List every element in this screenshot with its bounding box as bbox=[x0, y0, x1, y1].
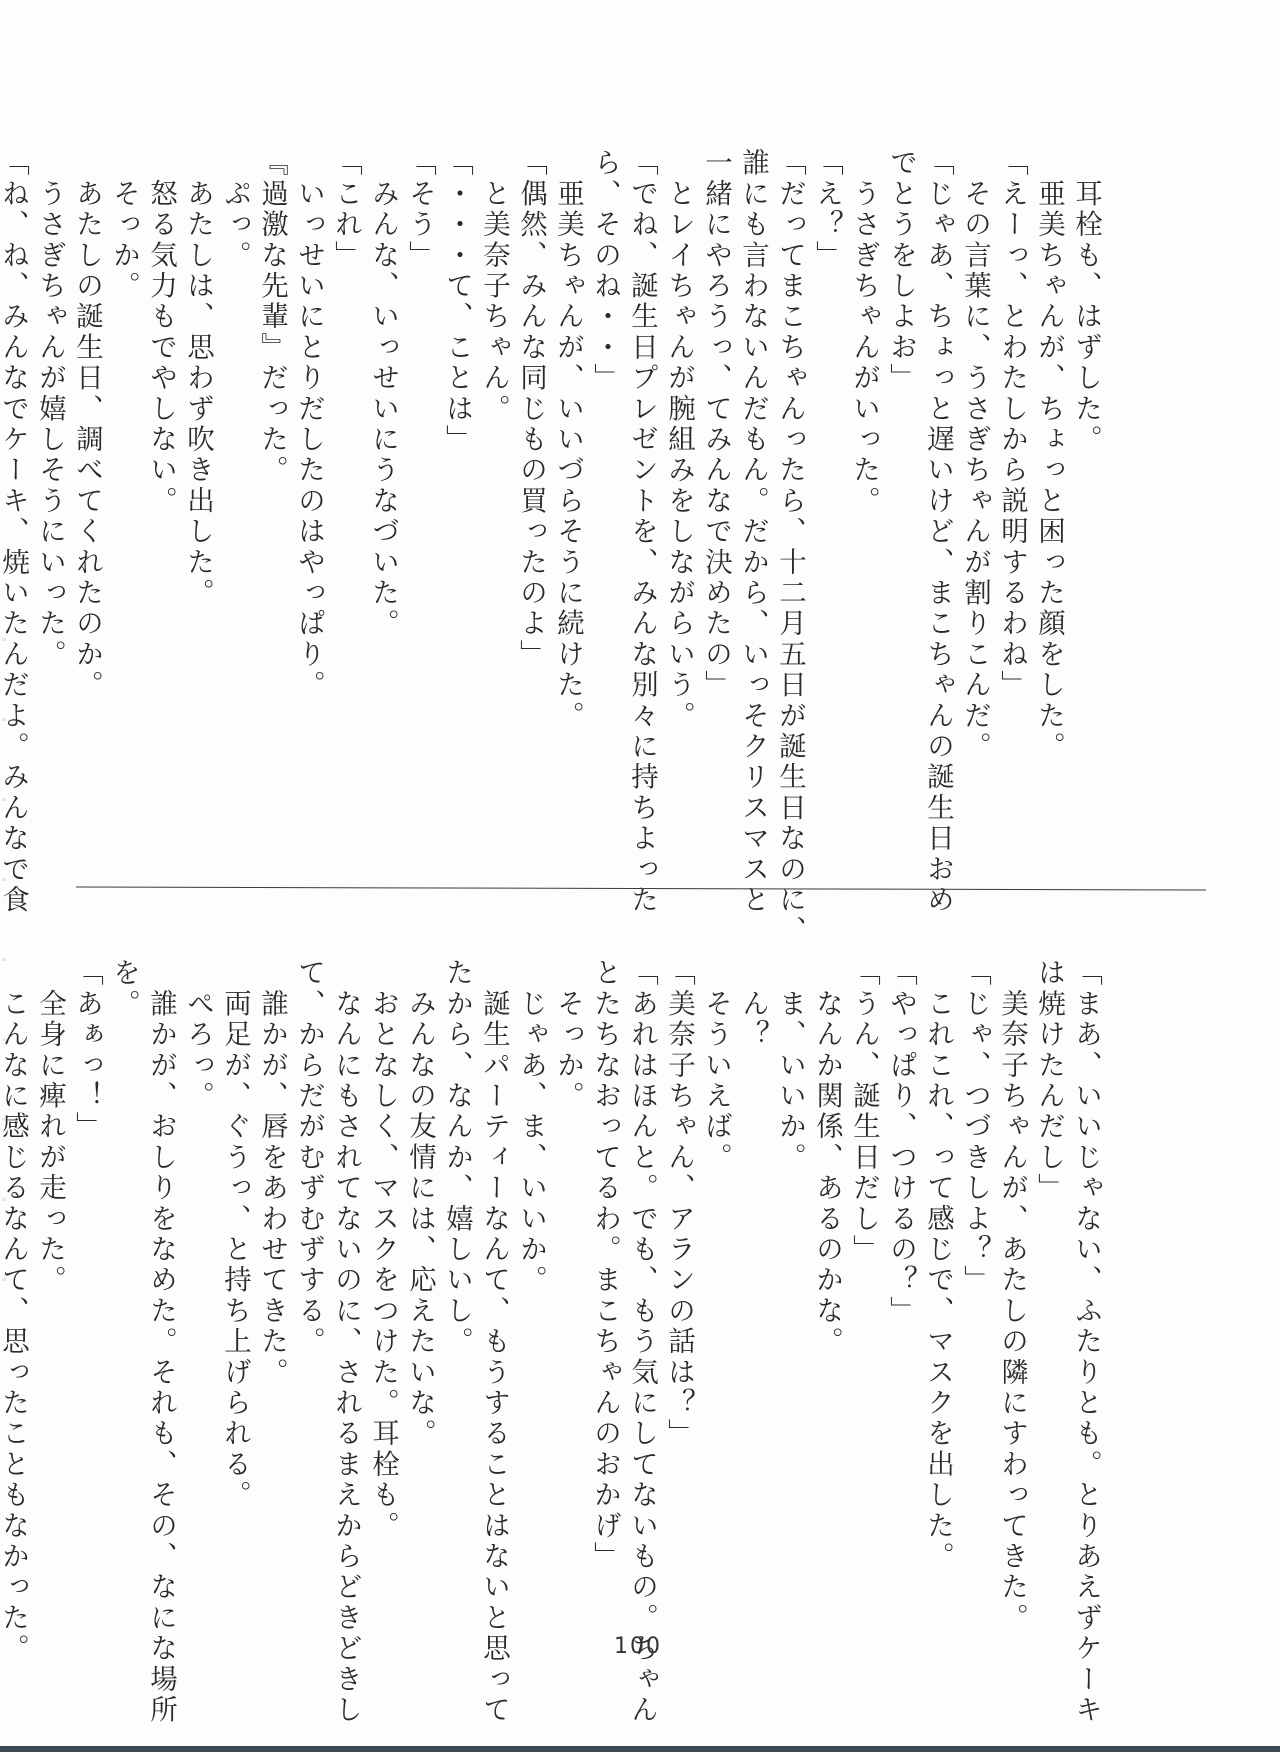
text-column: 誰にも言わないんだもん。だから、いっそクリスマスと bbox=[734, 148, 771, 828]
scan-edge-marks bbox=[2, 600, 6, 1300]
text-column: 「でね、誕生日プレゼントを、みんな別々に持ちよった bbox=[623, 148, 660, 828]
text-column: 「美奈子ちゃん、アランの話は？」 bbox=[660, 958, 697, 1598]
text-column: そっか。 bbox=[549, 958, 586, 1598]
text-column: 「じゃあ、ちょっと遅いけど、まこちゃんの誕生日おめ bbox=[919, 148, 956, 828]
text-column: でとうをしよお」 bbox=[882, 148, 919, 828]
text-column: 「じゃ、つづきしよ？」 bbox=[956, 958, 993, 1598]
text-column: 「そう」 bbox=[401, 148, 438, 828]
text-column: じゃあ、ま、いいか。 bbox=[512, 958, 549, 1598]
book-page: 耳栓も、はずした。 亜美ちゃんが、ちょっと困った顔をした。「えーっ、とわたしから… bbox=[0, 0, 1280, 1752]
text-column: そういえば。 bbox=[697, 958, 734, 1598]
scan-bottom-edge bbox=[0, 1746, 1280, 1752]
text-column: と美奈子ちゃん。 bbox=[475, 148, 512, 828]
text-column: ぺろっ。 bbox=[179, 958, 216, 1598]
text-column: 「あれはほんと。でも、もう気にしてないもの。ちゃん bbox=[623, 958, 660, 1598]
text-column: 怒る気力もでやしない。 bbox=[142, 148, 179, 828]
text-column: おとなしく、マスクをつけた。耳栓も。 bbox=[364, 958, 401, 1598]
text-column: 「やっぱり、つけるの？」 bbox=[882, 958, 919, 1598]
text-column: 誕生パーティーなんて、もうすることはないと思って bbox=[475, 958, 512, 1598]
text-column: て、からだがむずむずする。 bbox=[290, 958, 327, 1598]
text-column: 「これ」 bbox=[327, 148, 364, 828]
text-column: とたちなおってるわ。まこちゃんのおかげ」 bbox=[586, 958, 623, 1598]
text-column: 「・・・て、ことは」 bbox=[438, 148, 475, 828]
text-column: 『過激な先輩』だった。 bbox=[253, 148, 290, 828]
text-column: 「まあ、いいじゃない、ふたりとも。とりあえずケーキ bbox=[1067, 958, 1104, 1598]
text-column: とレイちゃんが腕組みをしながらいう。 bbox=[660, 148, 697, 828]
text-column: そっか。 bbox=[105, 148, 142, 828]
text-column: これこれ、って感じで、マスクを出した。 bbox=[919, 958, 956, 1598]
text-column: 全身に痺れが走った。 bbox=[31, 958, 68, 1598]
text-column: 両足が、ぐうっ、と持ち上げられる。 bbox=[216, 958, 253, 1598]
text-column: みんなの友情には、応えたいな。 bbox=[401, 958, 438, 1598]
text-column: ぷっ。 bbox=[216, 148, 253, 828]
text-column: なんか関係、あるのかな。 bbox=[808, 958, 845, 1598]
text-column: あたしの誕生日、調べてくれたのか。 bbox=[68, 148, 105, 828]
text-column: を。 bbox=[105, 958, 142, 1598]
text-column: 「うん、誕生日だし」 bbox=[845, 958, 882, 1598]
text-column: 一緒にやろうっ、てみんなで決めたの」 bbox=[697, 148, 734, 828]
text-column: みんな、いっせいにうなづいた。 bbox=[364, 148, 401, 828]
text-column: 「偶然、みんな同じもの買ったのよ」 bbox=[512, 148, 549, 828]
text-column: 誰かが、おしりをなめた。それも、その、なにな場所 bbox=[142, 958, 179, 1598]
text-column: 誰かが、唇をあわせてきた。 bbox=[253, 958, 290, 1598]
text-column: なんにもされてないのに、されるまえからどきどきし bbox=[327, 958, 364, 1598]
text-column: いっせいにとりだしたのはやっぱり。 bbox=[290, 148, 327, 828]
page-number: 100 bbox=[608, 1634, 668, 1659]
text-column: ら、そのね・・」 bbox=[586, 148, 623, 828]
text-column: うさぎちゃんがいった。 bbox=[845, 148, 882, 828]
text-column: 美奈子ちゃんが、あたしの隣にすわってきた。 bbox=[993, 958, 1030, 1598]
text-column: うさぎちゃんが嬉しそうにいった。 bbox=[31, 148, 68, 828]
text-column: は焼けたんだし」 bbox=[1030, 958, 1067, 1598]
text-column: その言葉に、うさぎちゃんが割りこんだ。 bbox=[956, 148, 993, 828]
text-column: ん？ bbox=[734, 958, 771, 1598]
text-column: あたしは、思わず吹き出した。 bbox=[179, 148, 216, 828]
text-column: 亜美ちゃんが、ちょっと困った顔をした。 bbox=[1030, 148, 1067, 828]
text-column: 「えーっ、とわたしから説明するわね」 bbox=[993, 148, 1030, 828]
text-column: 耳栓も、はずした。 bbox=[1067, 148, 1104, 828]
text-column: 亜美ちゃんが、いいづらそうに続けた。 bbox=[549, 148, 586, 828]
top-text-block: 耳栓も、はずした。 亜美ちゃんが、ちょっと困った顔をした。「えーっ、とわたしから… bbox=[0, 148, 1104, 828]
text-column: 「え？」 bbox=[808, 148, 845, 828]
text-column: 「あぁっ！」 bbox=[68, 958, 105, 1598]
text-column: たから、なんか、嬉しいし。 bbox=[438, 958, 475, 1598]
bottom-text-block: 「まあ、いいじゃない、ふたりとも。とりあえずケーキは焼けたんだし」 美奈子ちゃん… bbox=[0, 958, 1104, 1598]
text-column: ま、いいか。 bbox=[771, 958, 808, 1598]
text-column: 「だってまこちゃんったら、十二月五日が誕生日なのに、 bbox=[771, 148, 808, 828]
